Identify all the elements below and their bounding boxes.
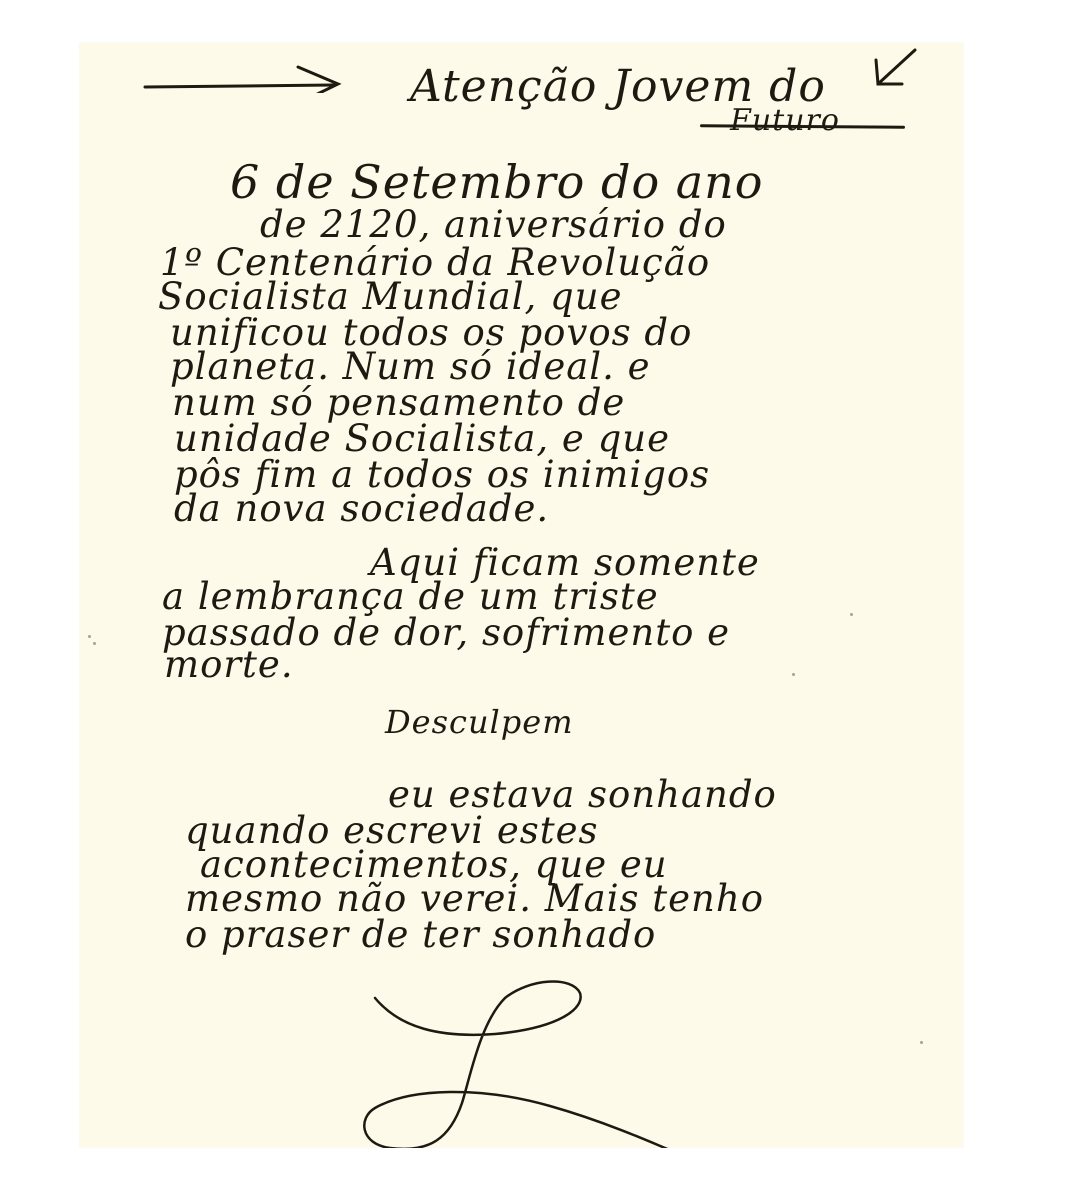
paper-speck [792, 673, 795, 676]
paper-speck [850, 613, 853, 616]
paper-speck [93, 642, 96, 645]
signature-flourish-icon [280, 968, 720, 1148]
letter-subtitle: Futuro [730, 103, 840, 138]
letter-line: de 2120, aniversário do [260, 203, 727, 246]
letter-page: Atenção Jovem do Futuro 6 de Setembro do… [80, 43, 963, 1147]
arrow-right-icon [143, 63, 343, 93]
paper-speck [920, 1041, 923, 1044]
arrow-down-left-icon [870, 48, 920, 88]
letter-line: o praser de ter sonhado [185, 913, 656, 956]
paper-speck [88, 635, 91, 638]
letter-line: 6 de Setembro do ano [230, 155, 764, 209]
letter-line: morte. [164, 643, 294, 686]
letter-line: da nova sociedade. [174, 487, 549, 530]
letter-line: Desculpem [385, 703, 574, 741]
